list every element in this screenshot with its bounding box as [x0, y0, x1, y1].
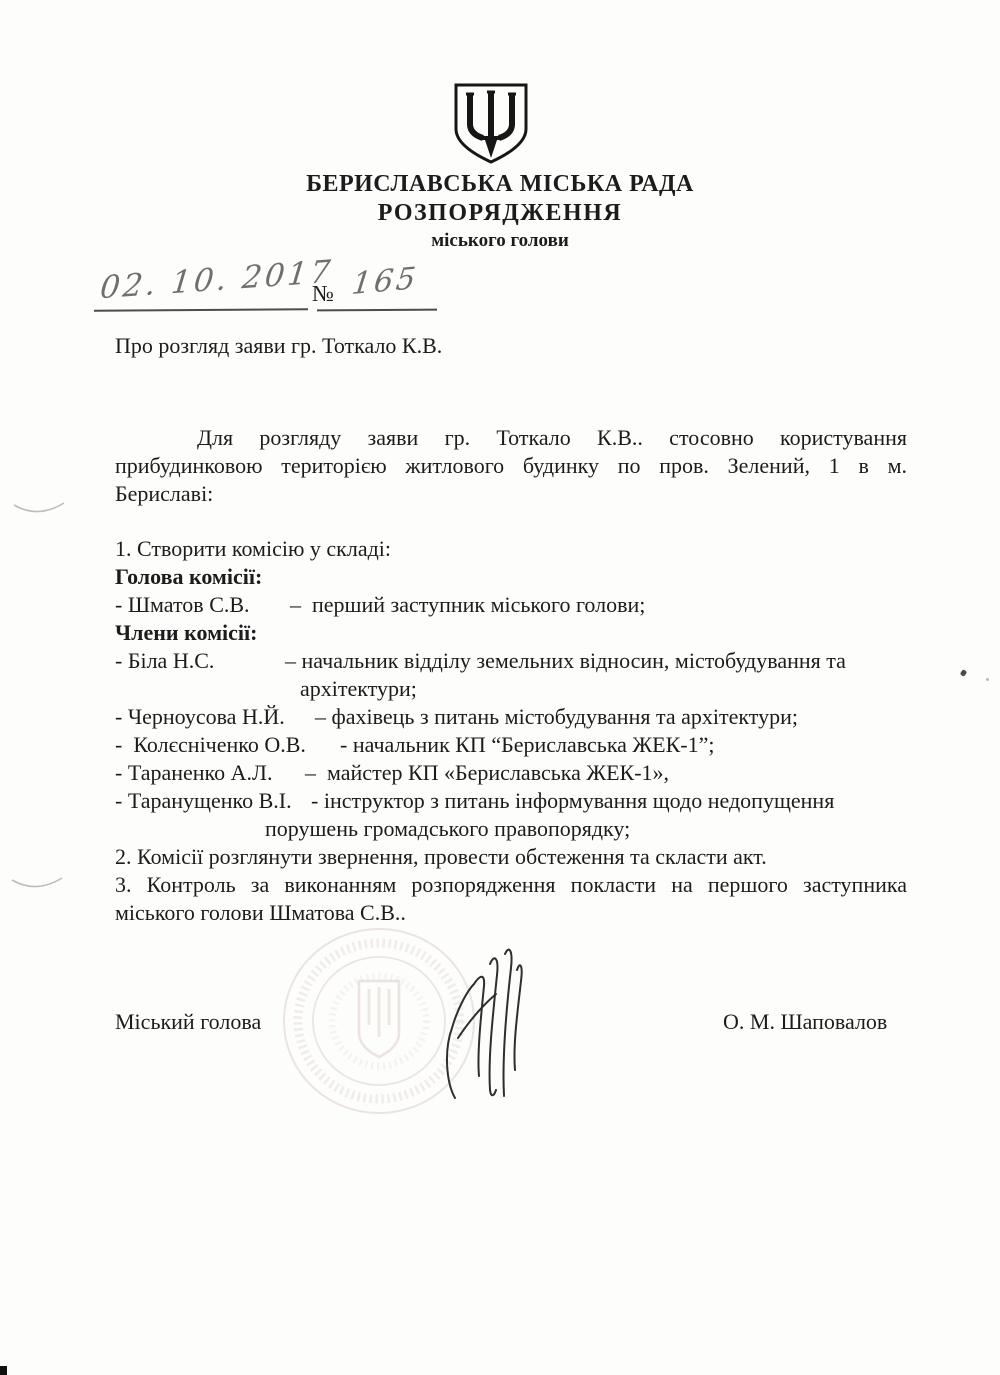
- document-type-title: РОЗПОРЯДЖЕННЯ: [0, 198, 1000, 228]
- member-role: – начальник відділу земельних відносин, …: [285, 647, 907, 675]
- intro-paragraph: Для розгляду заяви гр. Тоткало К.В.. сто…: [115, 424, 907, 508]
- order-item-1: 1. Створити комісію у складі:: [115, 535, 907, 563]
- document-issuer: міського голови: [0, 228, 1000, 254]
- member-role: - начальник КП “Бериславська ЖЕК-1”;: [340, 731, 907, 759]
- member-name: - Тараненко А.Л.: [115, 759, 305, 787]
- scan-artifact-speck: [960, 669, 968, 677]
- signature-title: Міський голова: [115, 1008, 261, 1036]
- order-item-3-line: міського голови Шматова С.В..: [115, 899, 907, 927]
- commission-chair-label: Голова комісії:: [115, 563, 907, 591]
- signatory-name: О. М. Шаповалов: [723, 1008, 887, 1036]
- member-name: - Колєсніченко О.В.: [115, 731, 340, 759]
- order-item-3-line: 3. Контроль за виконанням розпорядження …: [115, 871, 907, 899]
- member-row: - Колєсніченко О.В. - начальник КП “Бери…: [115, 731, 907, 759]
- number-sign: №: [312, 280, 334, 308]
- member-row: - Біла Н.С. – начальник відділу земельни…: [115, 647, 907, 675]
- letterhead: БЕРИСЛАВСЬКА МІСЬКА РАДА РОЗПОРЯДЖЕННЯ м…: [0, 170, 1000, 254]
- scan-artifact-curve: [8, 870, 68, 900]
- member-row: - Таранущенко В.І. - інструктор з питань…: [115, 787, 907, 815]
- member-row: - Тараненко А.Л. – майстер КП «Бериславс…: [115, 759, 907, 787]
- member-name: - Черноусова Н.Й.: [115, 703, 315, 731]
- member-row: - Черноусова Н.Й. – фахівець з питань мі…: [115, 703, 907, 731]
- number-underline: [317, 309, 437, 312]
- ukraine-trident-emblem-icon: [450, 82, 532, 166]
- intro-line: прибудинковою територією житлового будин…: [115, 452, 907, 480]
- order-item-2: 2. Комісії розглянути звернення, провест…: [115, 843, 907, 871]
- handwritten-date: 02. 10. 2017: [99, 258, 335, 303]
- member-role-continuation: архітектури;: [300, 675, 907, 703]
- member-role: – майстер КП «Бериславська ЖЕК-1»,: [305, 759, 907, 787]
- intro-line: Бериславі:: [115, 480, 907, 508]
- member-row: - Шматов С.В. – перший заступник міськог…: [115, 591, 907, 619]
- member-name: - Таранущенко В.І.: [115, 787, 311, 815]
- organization-name: БЕРИСЛАВСЬКА МІСЬКА РАДА: [0, 170, 1000, 198]
- mayor-signature-autograph-icon: [438, 942, 530, 1110]
- subject-line: Про розгляд заяви гр. Тоткало К.В.: [115, 332, 907, 360]
- handwritten-number: 165: [350, 265, 420, 299]
- member-role-continuation: порушень громадського правопорядку;: [265, 815, 907, 843]
- order-items: 1. Створити комісію у складі: Голова ком…: [115, 535, 907, 927]
- member-role: – фахівець з питань містобудування та ар…: [315, 703, 907, 731]
- scan-artifact-corner-mark: [0, 1366, 7, 1375]
- member-role: - інструктор з питань інформування щодо …: [311, 787, 907, 815]
- member-name: - Шматов С.В.: [115, 591, 290, 619]
- scanned-document-page: БЕРИСЛАВСЬКА МІСЬКА РАДА РОЗПОРЯДЖЕННЯ м…: [0, 0, 1000, 1375]
- member-role: – перший заступник міського голови;: [290, 591, 907, 619]
- date-underline: [94, 308, 308, 311]
- scan-artifact-speck: [986, 678, 989, 681]
- commission-members-label: Члени комісії:: [115, 619, 907, 647]
- intro-line: Для розгляду заяви гр. Тоткало К.В.. сто…: [115, 424, 907, 452]
- member-name: - Біла Н.С.: [115, 647, 285, 675]
- scan-artifact-curve: [10, 495, 70, 525]
